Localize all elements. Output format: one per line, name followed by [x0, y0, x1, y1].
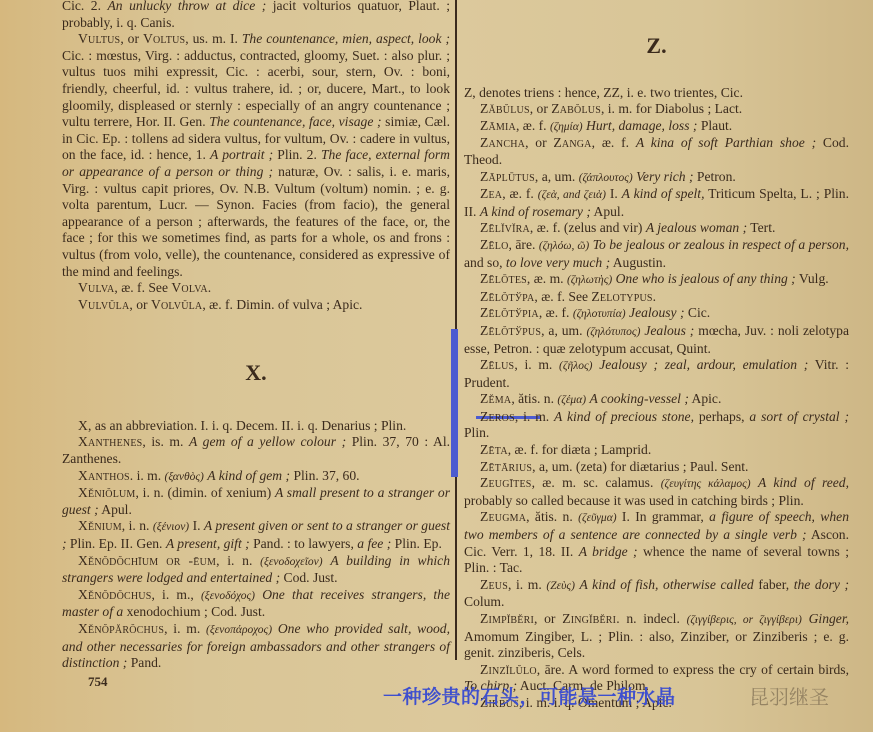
- watermark-text: 昆羽继圣: [749, 681, 829, 710]
- entry-xenodochus: Xĕnŏdŏchus, i. m., (ξενοδόχος) One that …: [62, 587, 450, 621]
- highlight-bar: [451, 329, 458, 477]
- entry-z: Z, denotes triens : hence, ZZ, i. e. two…: [464, 85, 849, 102]
- entry-zeugites: Zeugītes, æ. m. sc. calamus. (ζευγίτης κ…: [464, 475, 849, 509]
- entry-xanthos: Xanthos. i. m. (ξανθὸς) A kind of gem ; …: [62, 468, 450, 486]
- entry-xenodochium: Xĕnŏdŏchīum or -ēum, i. n. (ξενοδοχεῖον)…: [62, 553, 450, 587]
- entry-zelotypus: Zēlŏtўpus, a, um. (ζηλότυπος) Jealous ; …: [464, 323, 849, 357]
- entry-xenoparochus: Xĕnŏpărŏchus, i. m. (ξενοπάροχος) One wh…: [62, 621, 450, 672]
- section-heading-x: X.: [62, 365, 450, 382]
- entry-zeta: Zēta, æ. f. for diæta ; Lamprid.: [464, 442, 849, 459]
- entry-zelo: Zēlo, āre. (ζηλόω, ῶ) To be jealous or z…: [464, 237, 849, 271]
- entry-vultus: Vultus, or Voltus, us. m. I. The counten…: [62, 31, 450, 280]
- entry-zema: Zĕma, ătis. n. (ζέμα) A cooking-vessel ;…: [464, 391, 849, 409]
- entry-zancha: Zancha, or Zanga, æ. f. A kina of soft P…: [464, 135, 849, 168]
- entry-xeniolum: Xĕniŏlum, i. n. (dimin. of xenium) A sma…: [62, 485, 450, 518]
- entry-zea: Zea, æ. f. (ζεὰ, and ζειὰ) I. A kind of …: [464, 186, 849, 220]
- section-heading-z: Z.: [464, 38, 849, 55]
- entry-xenium: Xĕnium, i. n. (ξένιον) I. A present give…: [62, 518, 450, 552]
- chinese-caption-annotation: 一种珍贵的石头，可能是一种水晶: [383, 682, 676, 709]
- entry-x: X, as an abbreviation. I. i. q. Decem. I…: [62, 418, 450, 435]
- entry-vulva: Vulva, æ. f. See Volva.: [62, 280, 450, 297]
- entry-zelus: Zēlus, i. m. (ζῆλος) Jealousy ; zeal, ar…: [464, 357, 849, 391]
- entry-zetarius: Zētārius, a, um. (zeta) for diætarius ; …: [464, 459, 849, 476]
- entry-zaplutus: Zāplūtus, a, um. (ζάπλουτος) Very rich ;…: [464, 169, 849, 187]
- entry-zabulus: Zăbŭlus, or Zabŏlus, i. m. for Diabolus …: [464, 101, 849, 118]
- entry-zimpiberi: Zimpĭbĕri, or Zingĭbĕri. n. indecl. (ζιγ…: [464, 611, 849, 662]
- right-column: Z. Z, denotes triens : hence, ZZ, i. e. …: [464, 0, 849, 712]
- entry-zeugma: Zeugma, ătis. n. (ζεῦγμα) I. In grammar,…: [464, 509, 849, 576]
- entry-vulvula: Vulvŭla, or Volvŭla, æ. f. Dimin. of vul…: [62, 297, 450, 314]
- entry-zelivira: Zēlĭvĭra, æ. f. (zelus and vir) A jealou…: [464, 220, 849, 237]
- entry-zamia: Zāmia, æ. f. (ζημία) Hurt, damage, loss …: [464, 118, 849, 136]
- entry-xanthenes: Xanthenes, is. m. A gem of a yellow colo…: [62, 434, 450, 467]
- entry-zeros: Zeros, i. m. A kind of precious stone, p…: [464, 409, 849, 442]
- entry-zelotypa: Zēlŏtўpa, æ. f. See Zelotypus.: [464, 289, 849, 306]
- left-column: Cic. 2. An unlucky throw at dice ; jacit…: [62, 0, 450, 690]
- entry-zeus: Zeus, i. m. (Ζεὺς) A kind of fish, other…: [464, 577, 849, 611]
- entry-zelotypia: Zēlŏtўpia, æ. f. (ζηλοτυπία) Jealousy ; …: [464, 305, 849, 323]
- entry-zelotes: Zēlōtes, æ. m. (ζηλωτὴς) One who is jeal…: [464, 271, 849, 289]
- entry-volturius-tail: Cic. 2. An unlucky throw at dice ; jacit…: [62, 0, 450, 31]
